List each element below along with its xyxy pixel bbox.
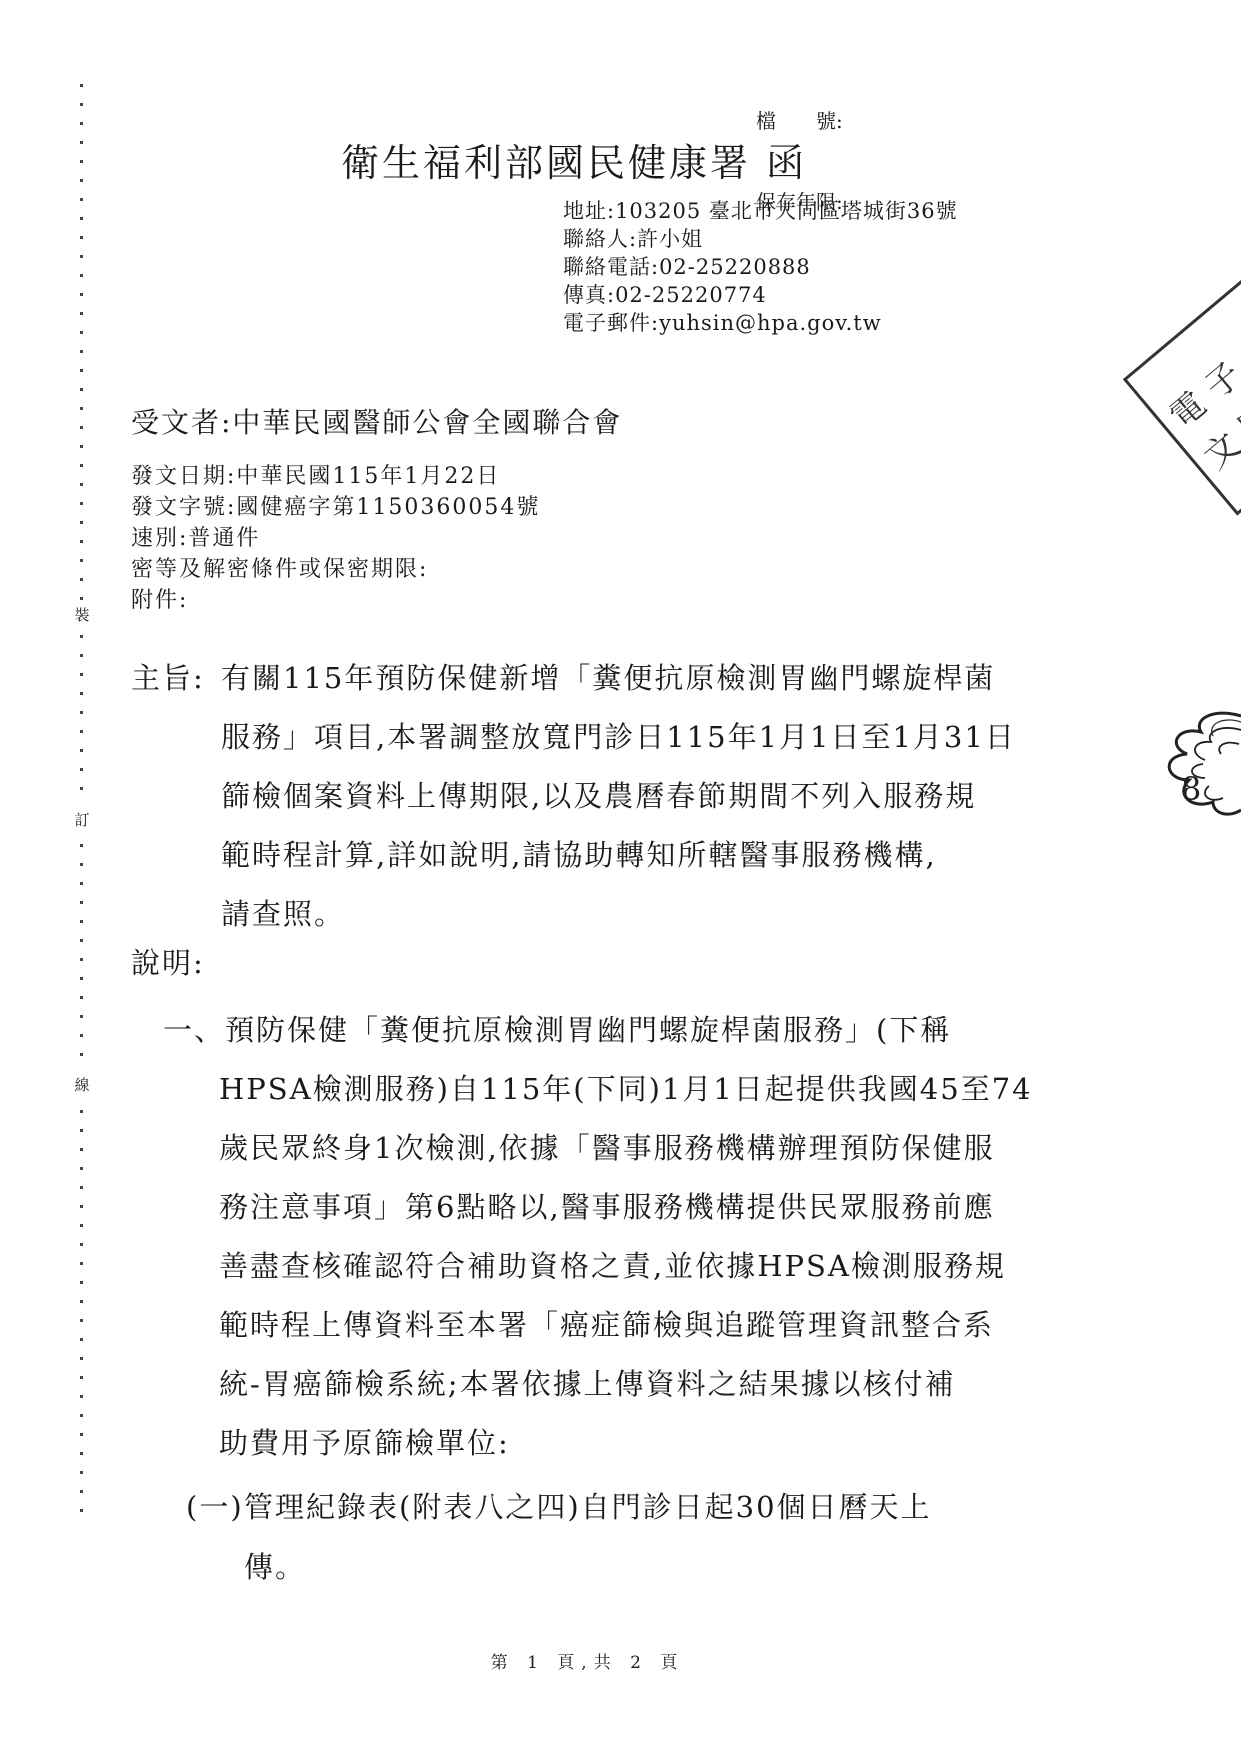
subject-line: 服務」項目,本署調整放寬門診日115年1月1日至1月31日	[131, 708, 1016, 767]
item1-line: 一、預防保健「糞便抗原檢測胃幽門螺旋桿菌服務」(下稱	[163, 1001, 1033, 1060]
item1-line: 善盡查核確認符合補助資格之責,並依據HPSA檢測服務規	[163, 1237, 1033, 1296]
item1-label: 一、	[163, 1001, 225, 1060]
item1-line: 範時程上傳資料至本署「癌症篩檢與追蹤管理資訊整合系	[163, 1296, 1033, 1355]
description-item-1: 一、預防保健「糞便抗原檢測胃幽門螺旋桿菌服務」(下稱 HPSA檢測服務)自115…	[163, 1001, 1033, 1473]
file-number-label: 檔 號:	[756, 108, 843, 135]
subject-text: 有關115年預防保健新增「糞便抗原檢測胃幽門螺旋桿菌	[221, 661, 995, 695]
sender-contact-person: 聯絡人:許小姐	[563, 225, 958, 253]
description-subitem-1: (一)管理紀錄表(附表八之四)自門診日起30個日曆天上 傳。	[186, 1477, 932, 1597]
attachment: 附件:	[131, 585, 540, 616]
item1-line: 統-胃癌篩檢系統;本署依據上傳資料之結果據以核付補	[163, 1355, 1033, 1414]
subject-line: 主旨:有關115年預防保健新增「糞便抗原檢測胃幽門螺旋桿菌	[131, 649, 1016, 708]
recipient-line: 受文者:中華民國醫師公會全國聯合會	[131, 401, 622, 441]
subitem1-line: 傳。	[186, 1537, 932, 1597]
official-letter-page: 裝 訂 線 檔 號: 保存年限: 衛生福利部國民健康署 函 地址:103205 …	[0, 0, 1241, 1754]
subitem1-line: (一)管理紀錄表(附表八之四)自門診日起30個日曆天上	[186, 1477, 932, 1537]
perforation-seal: 8	[1143, 706, 1241, 822]
wavy-seal-graphic: 8	[1143, 706, 1241, 818]
subject-line: 請查照。	[131, 885, 1016, 944]
item1-line: 歲民眾終身1次檢測,依據「醫事服務機構辦理預防保健服	[163, 1119, 1033, 1178]
seal-number-glyph: 8	[1181, 770, 1201, 808]
sender-contact-block: 地址:103205 臺北市大同區塔城街36號 聯絡人:許小姐 聯絡電話:02-2…	[563, 197, 958, 337]
item1-line: HPSA檢測服務)自115年(下同)1月1日起提供我國45至74	[163, 1060, 1033, 1119]
sender-fax: 傳真:02-25220774	[563, 281, 958, 309]
issue-date: 發文日期:中華民國115年1月22日	[131, 461, 540, 492]
document-title: 衛生福利部國民健康署 函	[341, 132, 807, 187]
electronic-exchange-stamp: 電子 文騎	[1123, 258, 1241, 515]
document-meta-block: 發文日期:中華民國115年1月22日 發文字號:國健癌字第1150360054號…	[131, 461, 540, 616]
security-classification: 密等及解密條件或保密期限:	[131, 554, 540, 585]
priority: 速別:普通件	[131, 523, 540, 554]
item1-line: 務注意事項」第6點略以,醫事服務機構提供民眾服務前應	[163, 1178, 1033, 1237]
subject-label: 主旨:	[131, 649, 221, 708]
item1-line: 助費用予原篩檢單位:	[163, 1414, 1033, 1473]
sender-email: 電子郵件:yuhsin@hpa.gov.tw	[563, 309, 958, 337]
item1-text: 預防保健「糞便抗原檢測胃幽門螺旋桿菌服務」(下稱	[225, 1013, 951, 1047]
subject-line: 篩檢個案資料上傳期限,以及農曆春節期間不列入服務規	[131, 767, 1016, 826]
subject-line: 範時程計算,詳如說明,請協助轉知所轄醫事服務機構,	[131, 826, 1016, 885]
description-label: 說明:	[131, 941, 205, 982]
binding-mark-zhuang: 裝	[71, 600, 93, 629]
sender-phone: 聯絡電話:02-25220888	[563, 253, 958, 281]
subitem1-text: 管理紀錄表(附表八之四)自門診日起30個日曆天上	[244, 1490, 932, 1524]
page-footer: 第 1 頁,共 2 頁	[0, 1648, 1175, 1673]
subitem1-label: (一)	[186, 1477, 244, 1537]
subject-paragraph: 主旨:有關115年預防保健新增「糞便抗原檢測胃幽門螺旋桿菌 服務」項目,本署調整…	[131, 649, 1016, 944]
binding-mark-xian: 線	[71, 1070, 93, 1099]
document-number: 發文字號:國健癌字第1150360054號	[131, 492, 540, 523]
sender-address: 地址:103205 臺北市大同區塔城街36號	[563, 197, 958, 225]
binding-mark-ding: 訂	[71, 805, 93, 834]
